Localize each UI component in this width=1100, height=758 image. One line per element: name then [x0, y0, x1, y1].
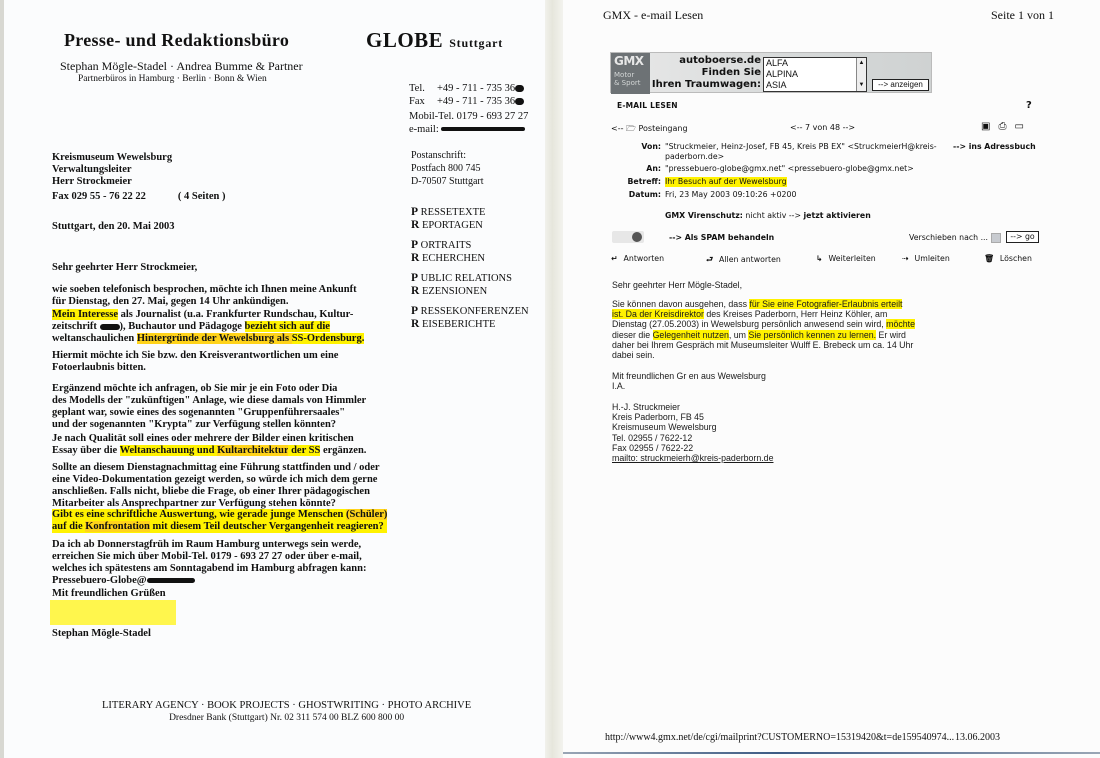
email-label: e-mail:: [409, 124, 439, 135]
forward-button[interactable]: ↳Weiterleiten: [816, 254, 876, 263]
from-line: paderborn.de>: [665, 152, 937, 162]
logo-text: GMX: [614, 54, 644, 68]
signature-name: Stephan Mögle-Stadel: [52, 628, 151, 639]
mail-closing: Mit freundlichen Gr en aus Wewelsburg I.…: [612, 371, 766, 391]
signature-line: Fax 02955 / 7622-22: [612, 443, 773, 453]
gmx-logo: GMX Motor& Sport: [611, 53, 650, 94]
paragraph-4: Ergänzend möchte ich anfragen, ob Sie mi…: [52, 383, 366, 431]
redirect-icon: ⇢: [902, 254, 909, 263]
service-initial: R: [411, 252, 419, 264]
text-line: Sollte an diesem Dienstagnachmittag eine…: [52, 462, 380, 474]
brand-name: GLOBE: [366, 28, 443, 52]
text-line: anschließen. Falls nicht, bliebe die Fra…: [52, 486, 380, 498]
mobile-number: Mobil-Tel. 0179 - 693 27 27: [409, 111, 528, 124]
signature-line: H.-J. Struckmeier: [612, 402, 773, 412]
service-label: RESSETEXTE: [421, 207, 486, 218]
postal-city: D-70507 Stuttgart: [411, 175, 484, 188]
print-page-title: GMX - e-mail Lesen: [603, 8, 703, 23]
header-value: Ihr Besuch auf der Wewelsburg: [665, 177, 787, 187]
print-date: 13.06.2003: [955, 732, 1000, 743]
header-label: Betreff:: [623, 177, 661, 187]
letterhead-partners: Partnerbüros in Hamburg · Berlin · Bonn …: [78, 74, 267, 84]
trash-icon: 🗑: [984, 254, 994, 263]
header-subject: Betreff:Ihr Besuch auf der Wewelsburg: [623, 177, 787, 187]
recipient-line: Kreismuseum Wewelsburg: [52, 152, 172, 164]
service-label: EISEBERICHTE: [422, 319, 496, 330]
postal-address: Postanschrift: Postfach 800 745 D-70507 …: [411, 149, 484, 188]
ad-banner[interactable]: GMX Motor& Sport autoboerse.de Finden Si…: [610, 52, 932, 93]
recipient-block: Kreismuseum Wewelsburg Verwaltungsleiter…: [52, 152, 172, 188]
header-date: Datum:Fri, 23 May 2003 09:10:26 +0200: [623, 190, 796, 200]
text: mit diesem Teil deutscher Vergangenheit …: [150, 521, 384, 532]
scroll-up-icon[interactable]: ▲: [857, 58, 866, 69]
show-button[interactable]: --> anzeigen: [872, 79, 929, 91]
header-value: "Struckmeier, Heinz-Josef, FB 45, Kreis …: [665, 142, 937, 162]
text: als Journalist (u.a. Frankfurter Rundsch…: [118, 309, 353, 320]
mail-paragraph: Sie können davon ausgehen, dass für Sie …: [612, 299, 915, 360]
footer-rule: [563, 752, 1100, 754]
service-initial: R: [411, 318, 419, 330]
redaction-mark: [515, 85, 524, 92]
redaction-mark: [441, 127, 525, 131]
letterhead-office: Presse- und Redaktionsbüro: [64, 30, 289, 51]
service-initial: R: [411, 219, 419, 231]
highlight: SS-Ordensburg.: [292, 333, 365, 344]
listbox-option[interactable]: ALPINA: [766, 69, 866, 80]
banner-text: autoboerse.de Finden Sie Ihren Traumwage…: [652, 55, 761, 91]
redirect-button[interactable]: ⇢Umleiten: [902, 254, 950, 263]
help-link[interactable]: ?: [1026, 100, 1032, 111]
fax-label: Fax: [409, 96, 437, 109]
move-to-label: Verschieben nach ...: [909, 233, 988, 242]
text-line: des Modells der "zukünftigen" Anlage, wi…: [52, 395, 366, 407]
listbox-option[interactable]: ALFA: [766, 58, 866, 69]
header-value: "pressebuero-globe@gmx.net" <pressebuero…: [665, 164, 914, 174]
reply-icon: ↵: [611, 254, 618, 263]
header-label: Datum:: [623, 190, 661, 200]
letter-closing: Mit freundlichen Grüßen: [52, 588, 166, 600]
signature-highlight: [50, 600, 176, 625]
header-label: Von:: [623, 142, 661, 152]
action-label[interactable]: Antworten: [624, 254, 664, 263]
text: Pressebuero-Globe@: [52, 575, 147, 586]
print-url: http://www4.gmx.net/de/cgi/mailprint?CUS…: [605, 732, 954, 743]
mailto-link[interactable]: mailto: struckmeierh@kreis-paderborn.de: [612, 453, 773, 463]
text-line: dabei sein.: [612, 350, 915, 360]
service-initial: P: [411, 239, 418, 251]
print-icon[interactable]: ⎙: [998, 121, 1014, 132]
text-line: Fotoerlaubnis bitten.: [52, 362, 338, 374]
recipient-line: Herr Strockmeier: [52, 176, 172, 188]
paragraph-8: Da ich ab Donnerstagfrüh im Raum Hamburg…: [52, 539, 366, 587]
service-pair: P RESSEKONFERENZEN R EISEBERICHTE: [411, 305, 529, 331]
service-initial: P: [411, 305, 418, 317]
paragraph-5: Je nach Qualität soll eines oder mehrere…: [52, 433, 366, 457]
gmx-print-page: GMX - e-mail Lesen Seite 1 von 1 GMX Mot…: [563, 0, 1100, 758]
fax-letter-page: Presse- und Redaktionsbüro GLOBEStuttgar…: [0, 0, 545, 758]
highlight: Konfrontation: [85, 521, 150, 532]
fax-line: Fax 029 55 - 76 22 22( 4 Seiten ): [52, 191, 225, 203]
listbox-scrollbar[interactable]: ▲ ▼: [856, 58, 866, 91]
move-to-select[interactable]: [991, 233, 1001, 243]
service-label: ORTRAITS: [421, 240, 472, 251]
highlight: Mein Interesse: [52, 309, 118, 320]
highlight: ist. Da der Kreisdirektor: [612, 309, 704, 319]
footer-bank: Dresdner Bank (Stuttgart) Nr. 02 311 574…: [102, 713, 471, 723]
virus-status: nicht aktiv -->: [743, 211, 804, 220]
footer-services: LITERARY AGENCY · BOOK PROJECTS · GHOSTW…: [102, 700, 471, 711]
reply-all-icon: ⮐: [706, 255, 713, 264]
service-initial: P: [411, 206, 418, 218]
highlight: Gelegenheit nutzen: [653, 330, 729, 340]
text-line: Hiermit möchte ich Sie bzw. den Kreisver…: [52, 350, 338, 362]
text: Dienstag (27.05.2003) in Wewelsburg pers…: [612, 319, 886, 329]
banner-line: Ihren Traumwagen:: [652, 79, 761, 91]
action-label[interactable]: Weiterleiten: [829, 254, 876, 263]
signature-line: Tel. 02955 / 7622-12: [612, 433, 773, 443]
add-to-addressbook-link[interactable]: --> ins Adressbuch: [953, 142, 1036, 151]
highlight: Hintergründe der Wewelsburg als: [137, 333, 292, 344]
addressbook-text[interactable]: --> ins Adressbuch: [953, 142, 1036, 151]
contact-block: Tel.+49 - 711 - 735 36 Fax+49 - 711 - 73…: [409, 83, 528, 136]
paragraph-7: Gibt es eine schriftliche Auswertung, wi…: [52, 509, 387, 533]
message-position[interactable]: <-- 7 von 48 -->: [790, 123, 855, 132]
listbox-option[interactable]: ASIA: [766, 80, 866, 91]
text: Gibt es eine schriftliche Auswertung, wi…: [52, 509, 346, 520]
fax-number: +49 - 711 - 735 36: [437, 96, 515, 107]
message-tools: ▣⎙▭: [981, 121, 1032, 132]
action-label[interactable]: Umleiten: [915, 254, 950, 263]
letterhead-brand: GLOBEStuttgart: [366, 28, 503, 53]
letter-date: Stuttgart, den 20. Mai 2003: [52, 221, 175, 233]
from-line: "Struckmeier, Heinz-Josef, FB 45, Kreis …: [665, 142, 937, 152]
reply-all-button[interactable]: ⮐Allen antworten: [706, 254, 781, 267]
car-brand-listbox[interactable]: ALFA ALPINA ASIA ▲ ▼: [763, 57, 867, 92]
text-line: welches ich spätestens am Sonntagabend i…: [52, 563, 366, 575]
paragraph-2: Mein Interesse als Journalist (u.a. Fran…: [52, 309, 364, 345]
text-line: Da ich ab Donnerstagfrüh im Raum Hamburg…: [52, 539, 366, 551]
text: Essay über die: [52, 445, 120, 456]
closing-line: Mit freundlichen Gr en aus Wewelsburg: [612, 371, 766, 381]
message-nav[interactable]: <-- 7 von 48 -->: [790, 123, 855, 132]
highlight: Sie persönlich kennen zu lernen.: [748, 330, 876, 340]
tel-label: Tel.: [409, 83, 437, 96]
service-label: RESSEKONFERENZEN: [421, 306, 529, 317]
scroll-down-icon[interactable]: ▼: [857, 80, 866, 91]
header-to: An:"pressebuero-globe@gmx.net" <pressebu…: [623, 164, 914, 174]
text: , um: [729, 330, 749, 340]
highlight: möchte: [886, 319, 915, 329]
save-icon[interactable]: ▣: [981, 121, 998, 132]
text: auf die: [52, 521, 85, 532]
service-label: EPORTAGEN: [422, 220, 483, 231]
highlight: bezieht sich auf die: [245, 321, 330, 332]
redaction-mark: [100, 324, 120, 330]
back-to-inbox-link[interactable]: <-- 🗁 Posteingang: [611, 123, 688, 137]
redaction-mark: [147, 578, 195, 583]
text: dieser die: [612, 330, 653, 340]
delete-button[interactable]: 🗑Löschen: [984, 254, 1032, 263]
header-from: Von:"Struckmeier, Heinz-Josef, FB 45, Kr…: [623, 142, 937, 162]
highlight: Kultarchitektur: [217, 445, 288, 456]
signature-line: Kreismuseum Wewelsburg: [612, 422, 773, 432]
paragraph-6: Sollte an diesem Dienstagnachmittag eine…: [52, 462, 380, 510]
recipient-fax: Fax 029 55 - 76 22 22: [52, 191, 146, 202]
section-title: E-MAIL LESEN: [617, 101, 678, 110]
services-list: P RESSETEXTE R EPORTAGEN P ORTRAITS R EC…: [411, 206, 529, 338]
brand-city: Stuttgart: [449, 36, 503, 50]
text: Sie können davon ausgehen, dass: [612, 299, 749, 309]
header-value: Fri, 23 May 2003 09:10:26 +0200: [665, 190, 796, 200]
banner-line: autoboerse.de: [652, 55, 761, 67]
service-pair: P UBLIC RELATIONS R EZENSIONEN: [411, 272, 529, 298]
service-initial: R: [411, 285, 419, 297]
highlight: für Sie eine Fotografier-Erlaubnis ertei…: [749, 299, 902, 309]
activate-virus-link[interactable]: jetzt aktivieren: [804, 211, 871, 220]
action-label[interactable]: Löschen: [1000, 254, 1032, 263]
mail-signature: H.-J. Struckmeier Kreis Paderborn, FB 45…: [612, 402, 773, 463]
text-line: eine Video-Dokumentation gezeigt werden,…: [52, 474, 380, 486]
text-line: und der sogenannten "Krypta" zur Verfügu…: [52, 419, 366, 431]
header-label: An:: [623, 164, 661, 174]
postal-label: Postanschrift:: [411, 149, 484, 162]
action-label[interactable]: Allen antworten: [719, 255, 781, 264]
postal-box: Postfach 800 745: [411, 162, 484, 175]
window-icon[interactable]: ▭: [1014, 121, 1031, 132]
redaction-mark: [515, 98, 524, 105]
banner-line: Finden Sie: [652, 67, 761, 79]
text: ergänzen.: [320, 445, 366, 456]
text-line: erreichen Sie mich über Mobil-Tel. 0179 …: [52, 551, 366, 563]
letterhead-names: Stephan Mögle-Stadel · Andrea Bumme & Pa…: [60, 59, 303, 74]
logo-sub-line: Motor: [614, 71, 640, 79]
closing-line: I.A.: [612, 381, 766, 391]
go-button[interactable]: --> go: [1006, 231, 1039, 243]
text-line: für Dienstag, den 27. Mai, gegen 14 Uhr …: [52, 296, 357, 308]
text: Er wird: [876, 330, 906, 340]
signature-line: Kreis Paderborn, FB 45: [612, 412, 773, 422]
forward-icon: ↳: [816, 254, 823, 263]
service-label: UBLIC RELATIONS: [421, 273, 512, 284]
logo-subtitle: Motor& Sport: [614, 71, 640, 87]
highlight: der SS: [288, 445, 320, 456]
tel-number: +49 - 711 - 735 36: [437, 83, 515, 94]
print-page-counter: Seite 1 von 1: [991, 8, 1054, 23]
text-line: wie soeben telefonisch besprochen, möcht…: [52, 284, 357, 296]
mail-salutation: Sehr geehrter Herr Mögle-Stadel,: [612, 280, 742, 290]
virus-protection: GMX Virenschutz: nicht aktiv --> jetzt a…: [665, 211, 871, 220]
virus-label: GMX Virenschutz:: [665, 211, 743, 220]
service-label: EZENSIONEN: [422, 286, 487, 297]
text-line: daher bei Ihrem Gespräch mit Museumsleit…: [612, 340, 915, 350]
spam-text[interactable]: --> Als SPAM behandeln: [669, 233, 774, 242]
paragraph-1: wie soeben telefonisch besprochen, möcht…: [52, 284, 357, 308]
letter-footer: LITERARY AGENCY · BOOK PROJECTS · GHOSTW…: [102, 700, 471, 723]
text-line: Je nach Qualität soll eines oder mehrere…: [52, 433, 366, 445]
page-divider: [545, 0, 563, 758]
text: ), Buchautor und Pädagoge: [120, 321, 245, 332]
highlight: (Schüler): [346, 509, 387, 520]
text: weltanschaulichen: [52, 333, 137, 344]
logo-sub-line: & Sport: [614, 79, 640, 87]
letter-salutation: Sehr geehrter Herr Strockmeier,: [52, 262, 197, 274]
service-pair: P RESSETEXTE R EPORTAGEN: [411, 206, 529, 232]
page-count: ( 4 Seiten ): [178, 191, 226, 202]
service-pair: P ORTRAITS R ECHERCHEN: [411, 239, 529, 265]
spam-badge: [612, 231, 644, 243]
highlight: Weltanschauung und: [120, 445, 217, 456]
text: zeitschrift: [52, 321, 100, 332]
text-line: geplant war, sowie eines des sogenannten…: [52, 407, 366, 419]
service-initial: P: [411, 272, 418, 284]
text: des Kreises Paderborn, Herr Heinz Köhler…: [704, 309, 887, 319]
reply-button[interactable]: ↵Antworten: [611, 254, 664, 263]
recipient-line: Verwaltungsleiter: [52, 164, 172, 176]
mark-spam-link[interactable]: --> Als SPAM behandeln: [669, 233, 774, 242]
gmx-spam-icon: [632, 232, 642, 242]
paragraph-3: Hiermit möchte ich Sie bzw. den Kreisver…: [52, 350, 338, 374]
service-label: ECHERCHEN: [422, 253, 485, 264]
text-line: Ergänzend möchte ich anfragen, ob Sie mi…: [52, 383, 366, 395]
